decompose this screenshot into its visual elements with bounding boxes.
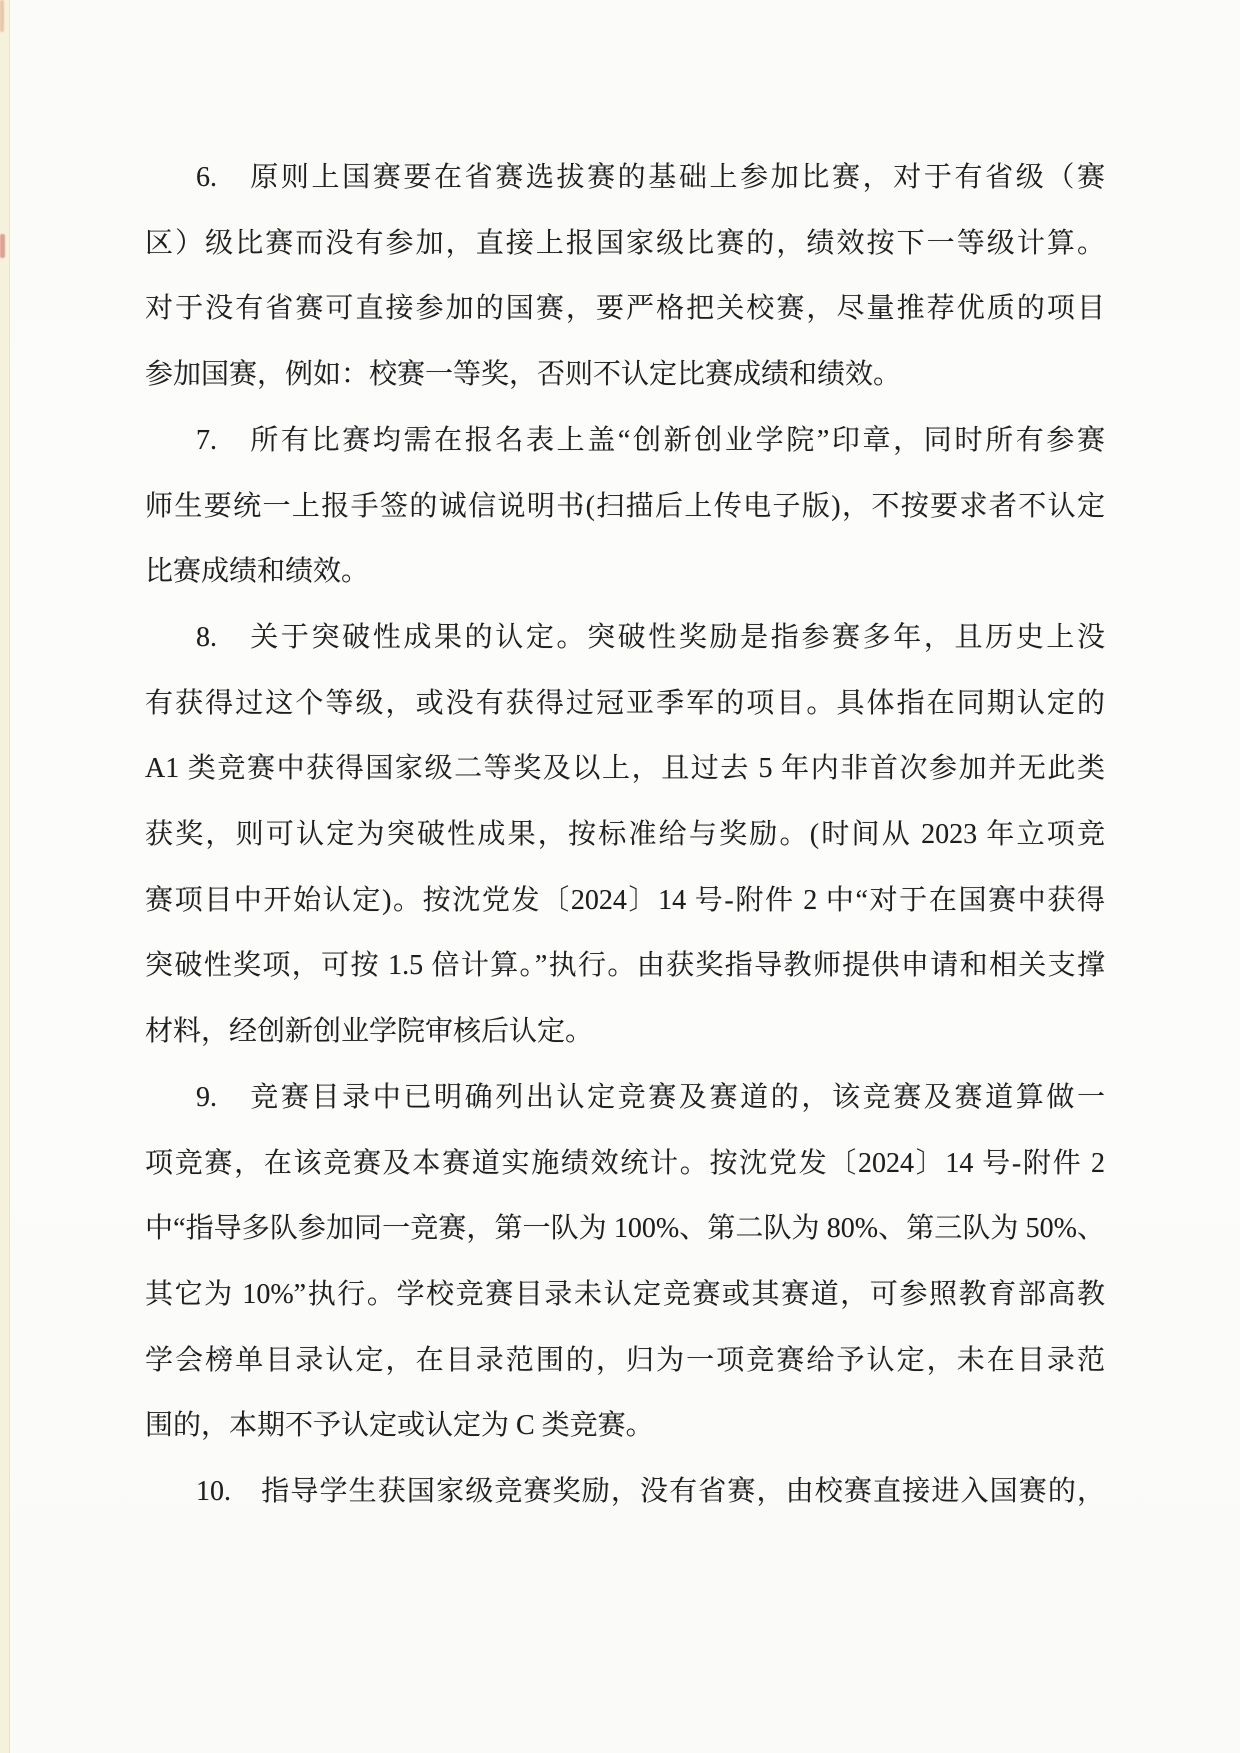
text-line: 8. 关于突破性成果的认定。突破性奖励是指参赛多年，且历史上没 [145, 605, 1105, 671]
paragraph-item-7: 7. 所有比赛均需在报名表上盖“创新创业学院”印章，同时所有参赛师生要统一上报手… [145, 408, 1105, 605]
text-line: 比赛成绩和绩效。 [145, 539, 1105, 605]
text-line: 有获得过这个等级，或没有获得过冠亚季军的项目。具体指在同期认定的 [145, 671, 1105, 737]
text-line: 10. 指导学生获国家级竞赛奖励，没有省赛，由校赛直接进入国赛的， [145, 1459, 1105, 1525]
text-line: 获奖，则可认定为突破性成果，按标准给与奖励。(时间从 2023 年立项竞 [145, 802, 1105, 868]
text-line: A1 类竞赛中获得国家级二等奖及以上，且过去 5 年内非首次参加并无此类 [145, 736, 1105, 802]
paragraph-item-10: 10. 指导学生获国家级竞赛奖励，没有省赛，由校赛直接进入国赛的， [145, 1459, 1105, 1525]
document-page: 6. 原则上国赛要在省赛选拔赛的基础上参加比赛，对于有省级（赛区）级比赛而没有参… [0, 0, 1240, 1753]
text-line: 师生要统一上报手签的诚信说明书(扫描后上传电子版)，不按要求者不认定 [145, 474, 1105, 540]
text-line: 材料，经创新创业学院审核后认定。 [145, 999, 1105, 1065]
text-line: 项竞赛，在该竞赛及本赛道实施绩效统计。按沈党发〔2024〕14 号-附件 2 [145, 1131, 1105, 1197]
paragraph-item-6: 6. 原则上国赛要在省赛选拔赛的基础上参加比赛，对于有省级（赛区）级比赛而没有参… [145, 145, 1105, 408]
text-line: 对于没有省赛可直接参加的国赛，要严格把关校赛，尽量推荐优质的项目 [145, 276, 1105, 342]
text-line: 6. 原则上国赛要在省赛选拔赛的基础上参加比赛，对于有省级（赛 [145, 145, 1105, 211]
text-line: 9. 竞赛目录中已明确列出认定竞赛及赛道的，该竞赛及赛道算做一 [145, 1065, 1105, 1131]
document-body: 6. 原则上国赛要在省赛选拔赛的基础上参加比赛，对于有省级（赛区）级比赛而没有参… [0, 0, 1240, 1525]
text-line: 中“指导多队参加同一竞赛，第一队为 100%、第二队为 80%、第三队为 50%… [145, 1196, 1105, 1262]
text-line: 其它为 10%”执行。学校竞赛目录未认定竞赛或其赛道，可参照教育部高教 [145, 1262, 1105, 1328]
text-line: 突破性奖项，可按 1.5 倍计算。”执行。由获奖指导教师提供申请和相关支撑 [145, 933, 1105, 999]
text-line: 学会榜单目录认定，在目录范围的，归为一项竞赛给予认定，未在目录范 [145, 1328, 1105, 1394]
text-line: 区）级比赛而没有参加，直接上报国家级比赛的，绩效按下一等级计算。 [145, 211, 1105, 277]
text-line: 参加国赛，例如：校赛一等奖，否则不认定比赛成绩和绩效。 [145, 342, 1105, 408]
paragraph-item-9: 9. 竞赛目录中已明确列出认定竞赛及赛道的，该竞赛及赛道算做一项竞赛，在该竞赛及… [145, 1065, 1105, 1459]
text-line: 7. 所有比赛均需在报名表上盖“创新创业学院”印章，同时所有参赛 [145, 408, 1105, 474]
text-line: 围的，本期不予认定或认定为 C 类竞赛。 [145, 1393, 1105, 1459]
text-line: 赛项目中开始认定)。按沈党发〔2024〕14 号-附件 2 中“对于在国赛中获得 [145, 868, 1105, 934]
paragraph-item-8: 8. 关于突破性成果的认定。突破性奖励是指参赛多年，且历史上没有获得过这个等级，… [145, 605, 1105, 1065]
